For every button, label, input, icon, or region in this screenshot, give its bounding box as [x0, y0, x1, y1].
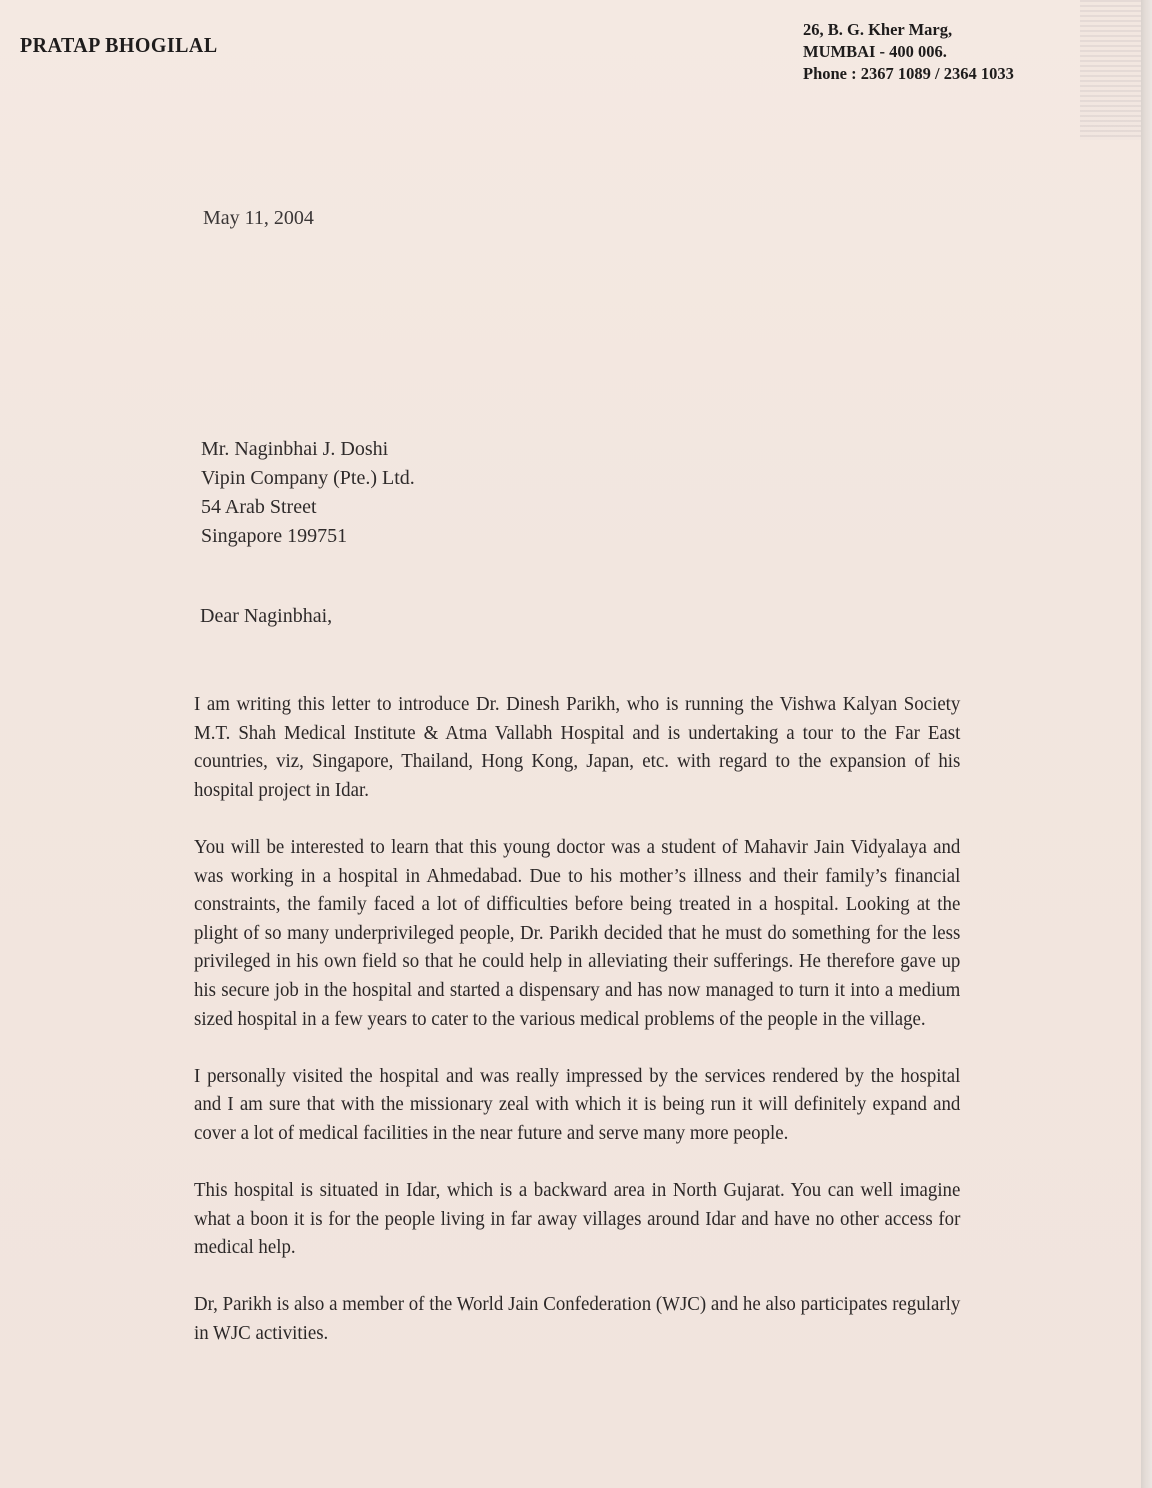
paragraph-background: You will be interested to learn that thi…: [194, 833, 960, 1033]
address-line: 26, B. G. Kher Marg,: [803, 19, 1014, 41]
recipient-street: 54 Arab Street: [201, 493, 415, 522]
recipient-city: Singapore 199751: [201, 522, 415, 551]
phone-line: Phone : 2367 1089 / 2364 1033: [803, 63, 1014, 85]
paragraph-visit: I personally visited the hospital and wa…: [194, 1062, 960, 1148]
salutation: Dear Naginbhai,: [200, 605, 332, 628]
scan-artifact: [1080, 0, 1141, 140]
paragraph-location: This hospital is situated in Idar, which…: [194, 1176, 960, 1262]
letterhead-address: 26, B. G. Kher Marg, MUMBAI - 400 006. P…: [803, 19, 1014, 85]
recipient-address: Mr. Naginbhai J. Doshi Vipin Company (Pt…: [201, 435, 415, 551]
letter-body: I am writing this letter to introduce Dr…: [194, 690, 960, 1376]
letterhead-name: PRATAP BHOGILAL: [20, 33, 218, 58]
address-line: MUMBAI - 400 006.: [803, 41, 1014, 63]
paragraph-wjc: Dr, Parikh is also a member of the World…: [194, 1290, 960, 1347]
recipient-company: Vipin Company (Pte.) Ltd.: [201, 464, 415, 493]
page-edge: [1141, 0, 1152, 1488]
letter-date: May 11, 2004: [203, 207, 314, 230]
recipient-name: Mr. Naginbhai J. Doshi: [201, 435, 415, 464]
paragraph-introduction: I am writing this letter to introduce Dr…: [194, 690, 960, 804]
